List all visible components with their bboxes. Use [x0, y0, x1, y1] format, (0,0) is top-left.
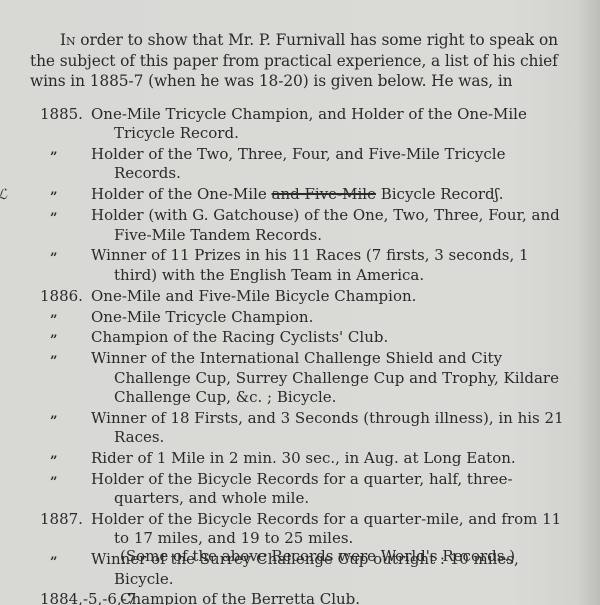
- entry-text: Winner of 18 Firsts, and 3 Seconds (thro…: [91, 409, 574, 448]
- entry-year: 1885.: [40, 105, 83, 124]
- list-item: ” Champion of the Racing Cyclists' Club.: [0, 328, 600, 347]
- ditto-mark: ”: [50, 473, 57, 492]
- entry-text: Winner of the International Challenge Sh…: [91, 349, 574, 407]
- footnote: (Some of the above Records were World's …: [120, 547, 515, 566]
- handwritten-margin-mark: ℒ: [0, 186, 7, 205]
- entry-text: One-Mile and Five-Mile Bicycle Champion.: [91, 287, 574, 306]
- list-item: ” Winner of the International Challenge …: [0, 349, 600, 407]
- entry-text: Champion of the Racing Cyclists' Club.: [91, 328, 574, 347]
- entry-text: Holder of the Two, Three, Four, and Five…: [91, 145, 574, 184]
- ditto-mark: ”: [50, 148, 57, 167]
- intro-lead: In: [60, 31, 76, 49]
- wins-list: 1885. One-Mile Tricycle Champion, and Ho…: [0, 105, 600, 605]
- entry-text: Holder (with G. Gatchouse) of the One, T…: [91, 206, 574, 245]
- entry-text: Holder of the Bicycle Records for a quar…: [91, 510, 574, 549]
- ditto-mark: ”: [50, 249, 57, 268]
- ditto-mark: ”: [50, 331, 57, 350]
- ditto-mark: ”: [50, 352, 57, 371]
- ditto-mark: ”: [50, 553, 57, 572]
- ditto-mark: ”: [50, 188, 57, 207]
- intro-paragraph: In order to show that Mr. P. Furnivall h…: [30, 30, 570, 92]
- entry-text: One-Mile Tricycle Champion.: [91, 308, 574, 327]
- list-item: ” Rider of 1 Mile in 2 min. 30 sec., in …: [0, 449, 600, 468]
- document-page: In order to show that Mr. P. Furnivall h…: [0, 0, 600, 605]
- entry-text-before: Holder of the One-Mile: [91, 185, 272, 203]
- entry-text: Holder of the Bicycle Records for a quar…: [91, 470, 574, 509]
- ditto-mark: ”: [50, 209, 57, 228]
- entry-text: Winner of 11 Prizes in his 11 Races (7 f…: [91, 246, 574, 285]
- entry-text-after: Bicycle Recordʃ.: [376, 185, 504, 203]
- list-item: ” Winner of 18 Firsts, and 3 Seconds (th…: [0, 409, 600, 448]
- ditto-mark: ”: [50, 412, 57, 431]
- list-item: 1886. One-Mile and Five-Mile Bicycle Cha…: [0, 287, 600, 306]
- list-item: ” Holder of the Two, Three, Four, and Fi…: [0, 145, 600, 184]
- list-item: ” Holder (with G. Gatchouse) of the One,…: [0, 206, 600, 245]
- entry-text: Champion of the Berretta Club.: [120, 590, 540, 605]
- list-item: ” Holder of the Bicycle Records for a qu…: [0, 470, 600, 509]
- list-item: ” Winner of 11 Prizes in his 11 Races (7…: [0, 246, 600, 285]
- struck-text: and Five-Mile: [272, 185, 376, 203]
- list-item: 1884,-5,-6,-7. Champion of the Berretta …: [0, 590, 600, 605]
- entry-text: One-Mile Tricycle Champion, and Holder o…: [91, 105, 574, 144]
- ditto-mark: ”: [50, 452, 57, 471]
- entry-year: 1884,-5,-6,-7.: [40, 590, 141, 605]
- list-item: 1885. One-Mile Tricycle Champion, and Ho…: [0, 105, 600, 144]
- intro-text: order to show that Mr. P. Furnivall has …: [30, 31, 558, 90]
- entry-text: Rider of 1 Mile in 2 min. 30 sec., in Au…: [91, 449, 574, 468]
- list-item: ℒ ” Holder of the One-Mile and Five-Mile…: [0, 185, 600, 204]
- entry-year: 1886.: [40, 287, 83, 306]
- ditto-mark: ”: [50, 311, 57, 330]
- list-item: 1887. Holder of the Bicycle Records for …: [0, 510, 600, 549]
- entry-year: 1887.: [40, 510, 83, 529]
- list-item: ” One-Mile Tricycle Champion.: [0, 308, 600, 327]
- entry-text: Holder of the One-Mile and Five-Mile Bic…: [91, 185, 574, 204]
